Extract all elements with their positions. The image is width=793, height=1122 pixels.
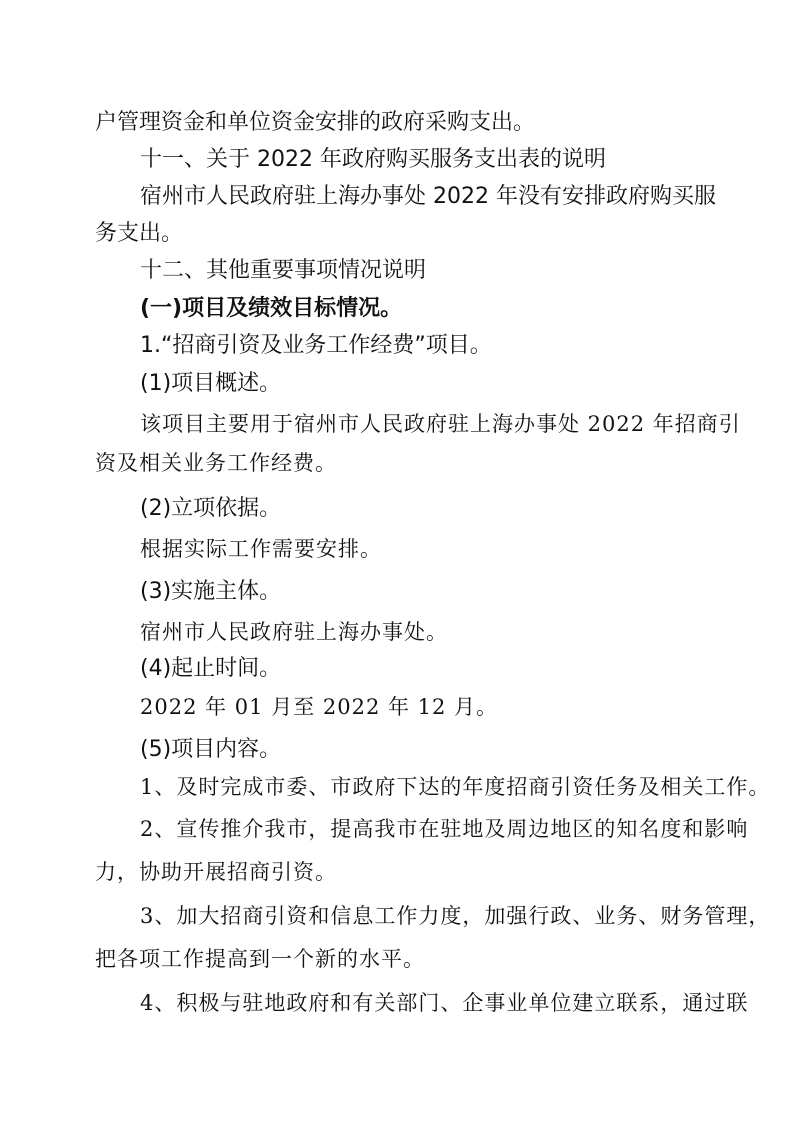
list-item: 1、及时完成市委、市政府下达的年度招商引资任务及相关工作。 — [140, 774, 770, 800]
section-heading-12: 十二、其他重要事项情况说明 — [140, 258, 426, 284]
list-item: 4、积极与驻地政府和有关部门、企事业单位建立联系，通过联 — [140, 990, 748, 1016]
list-item: 3、加大招商引资和信息工作力度，加强行政、业务、财务管理， — [140, 903, 770, 929]
item-heading-4: (4)起止时间。 — [140, 656, 281, 682]
paragraph-line: 宿州市人民政府驻上海办事处 2022 年没有安排政府购买服 — [140, 184, 716, 210]
list-item: 2、宣传推介我市，提高我市在驻地及周边地区的知名度和影响 — [140, 816, 748, 842]
project-title: 1.“招商引资及业务工作经费”项目。 — [140, 333, 492, 359]
section-heading-11: 十一、关于 2022 年政府购买服务支出表的说明 — [140, 147, 606, 173]
item-heading-1: (1)项目概述。 — [140, 371, 281, 397]
paragraph-line: 务支出。 — [95, 221, 183, 247]
subsection-heading: (一)项目及绩效目标情况。 — [140, 296, 402, 322]
paragraph-line: 户管理资金和单位资金安排的政府采购支出。 — [95, 110, 535, 136]
paragraph-line: 根据实际工作需要安排。 — [140, 536, 382, 562]
item-heading-3: (3)实施主体。 — [140, 579, 281, 605]
list-item-continued: 力，协助开展招商引资。 — [95, 859, 337, 885]
document-page: 户管理资金和单位资金安排的政府采购支出。 十一、关于 2022 年政府购买服务支… — [0, 0, 793, 1122]
item-heading-2: (2)立项依据。 — [140, 496, 281, 522]
paragraph-line: 该项目主要用于宿州市人民政府驻上海办事处 2022 年招商引 — [140, 411, 741, 437]
paragraph-line: 2022 年 01 月至 2022 年 12 月。 — [140, 694, 498, 720]
paragraph-line: 宿州市人民政府驻上海办事处。 — [140, 619, 448, 645]
paragraph-line: 资及相关业务工作经费。 — [95, 450, 337, 476]
item-heading-5: (5)项目内容。 — [140, 737, 281, 763]
list-item-continued: 把各项工作提高到一个新的水平。 — [95, 946, 425, 972]
